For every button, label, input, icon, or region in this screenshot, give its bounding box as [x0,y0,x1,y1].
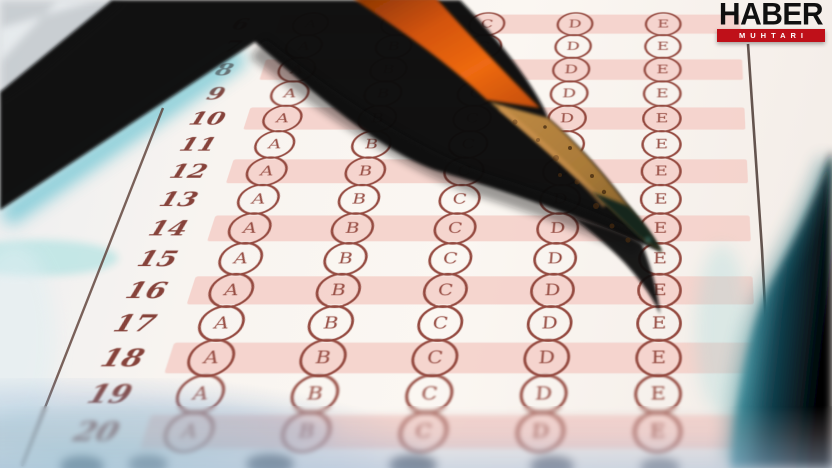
question-number: 13 [115,187,241,211]
answer-row-9: 9ABCDE [149,81,744,105]
answer-row-18: 18ABCDE [41,340,757,375]
bubble-e: E [641,130,682,159]
answer-row-16: 16ABCDE [69,274,754,306]
question-number: 14 [104,216,232,241]
bubble-b: B [304,305,358,342]
question-number: 9 [158,83,274,103]
bubble-d: D [548,80,589,107]
question-number: 12 [127,160,250,183]
answer-row-8: 8ABCDE [159,58,743,82]
bubble-d: D [538,184,583,215]
bubble-c: C [436,184,483,215]
bubble-e: E [644,34,682,59]
answer-row-13: 13ABCDE [106,185,750,214]
bubble-c: C [454,80,497,107]
bubble-e: E [635,339,682,377]
bubble-e: E [639,212,682,244]
table-surface-corner [0,0,126,102]
bubble-a: A [281,34,326,59]
bubble-e: E [643,57,681,83]
question-number: 10 [148,108,266,129]
question-number: 16 [79,277,213,304]
question-number: 8 [167,60,281,79]
bubble-b: B [348,130,395,159]
photo-canvas: 6ABCDE7ABCDE8ABCDE9ABCDE10ABCDE11ABCDE12… [0,0,832,468]
question-number: 17 [66,309,203,337]
bubble-e: E [640,156,682,186]
bubble-e: E [639,184,681,215]
question-number: 18 [52,343,193,372]
bottom-blur-haze [0,406,832,468]
answer-row-11: 11ABCDE [128,131,746,157]
bubble-e: E [642,105,682,133]
answer-row-15: 15ABCDE [82,243,753,274]
question-number: 7 [177,37,288,56]
answer-row-14: 14ABCDE [94,214,751,244]
question-number: 11 [137,133,258,155]
bubble-e: E [645,12,682,36]
bubble-d: D [553,34,592,59]
bubble-c: C [463,34,504,59]
table-corner-highlight [0,0,98,62]
bubble-b: B [334,184,383,215]
answer-row-12: 12ABCDE [117,158,748,185]
answer-row-10: 10ABCDE [139,106,746,131]
bubble-d: D [543,130,586,159]
page: { "logo": { "title": "HABER", "subtitle"… [0,0,832,468]
bubble-c: C [414,305,465,342]
answer-row-6: 6ABCDE [178,13,741,35]
bubble-d: D [532,242,579,276]
bubble-e: E [637,273,682,308]
bubble-e: E [638,242,682,276]
answer-row-17: 17ABCDE [55,307,755,341]
bubble-e: E [642,80,681,107]
logo-title: HABER [713,0,829,29]
bubble-b: B [372,34,415,59]
question-number: 15 [92,246,223,272]
question-number: 6 [186,15,295,33]
bubble-d: D [525,305,574,342]
answer-row-7: 7ABCDE [168,35,742,58]
bubble-b: B [320,242,371,276]
bubble-c: C [446,130,491,159]
bubble-c: C [426,242,475,276]
bubble-b: B [360,80,405,107]
logo-haber-muhtari: HABER MUHTARI [713,1,829,42]
bubble-e: E [636,305,682,342]
